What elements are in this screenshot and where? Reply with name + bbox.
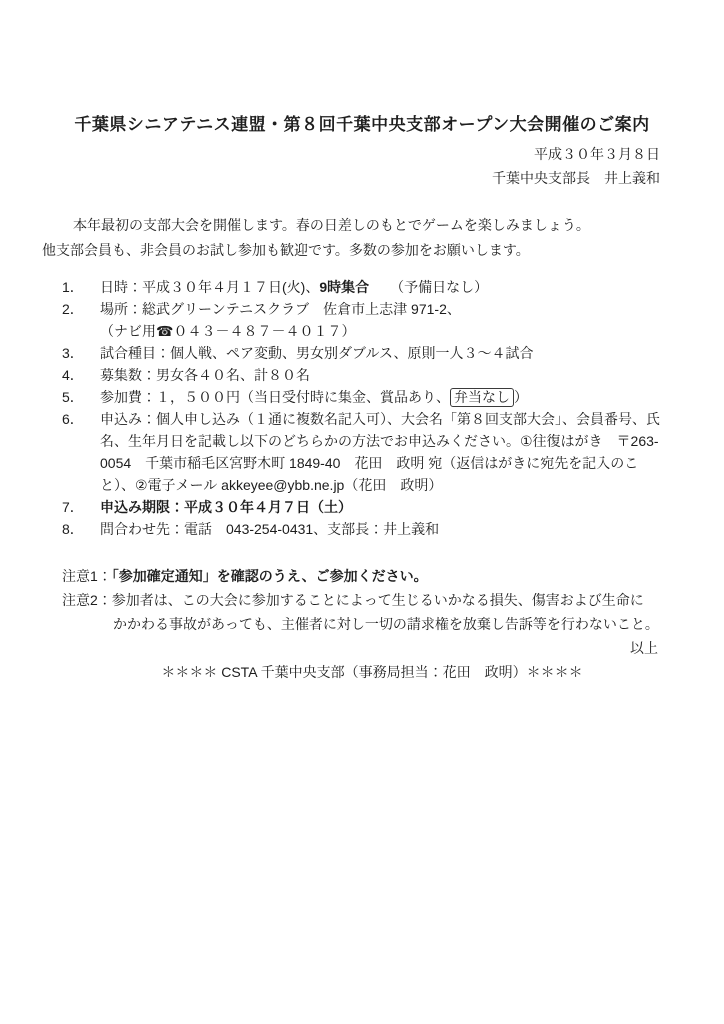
item-number: 8． — [62, 518, 100, 540]
item-text: 場所：総武グリーンテニスクラブ 佐倉市上志津 971-2、 — [100, 301, 461, 317]
footer-line: ＊＊＊＊ CSTA 千葉中央支部（事務局担当：花田 政明）＊＊＊＊ — [62, 660, 682, 684]
item-text: （ナビ用 — [100, 323, 156, 339]
list-item-1-datetime: 1．日時：平成３０年４月１７日(火)、9時集合 （予備日なし） — [62, 276, 702, 298]
note-label: 注意1： — [62, 568, 112, 584]
author-line: 千葉中央支部長 井上義和 — [492, 166, 660, 190]
item-text: 問合わせ先：電話 043-254-0431、支部長：井上義和 — [100, 521, 439, 537]
item-text: 申込み：個人申し込み（１通に複数名記入可）、大会名「第８回支部大会」、会員番号、… — [100, 411, 660, 427]
note-1: 注意1：「参加確定通知」を確認のうえ、ご参加ください。 — [62, 564, 682, 588]
document-title: 千葉県シニアテニス連盟・第８回千葉中央支部オープン大会開催のご案内 — [0, 110, 724, 135]
document-meta: 平成３０年３月８日 千葉中央支部長 井上義和 — [492, 142, 660, 190]
list-item-5-fee: 5．参加費：１，５００円（当日受付時に集金、賞品あり、弁当なし） — [62, 386, 702, 408]
item-text: 募集数：男女各４０名、計８０名 — [100, 367, 310, 383]
intro-line-2: 他支部会員も、非会員のお試し参加も歓迎です。多数の参加をお願いします。 — [42, 238, 682, 263]
item-number: 5． — [62, 386, 100, 408]
list-item-2-navi-phone: （ナビ用☎０４３－４８７－４０１７） — [62, 320, 702, 342]
note-text: 参加者は、この大会に参加することによって生じるいかなる損失、傷害および生命に — [112, 592, 644, 608]
date-line: 平成３０年３月８日 — [492, 142, 660, 166]
intro-paragraph: 本年最初の支部大会を開催します。春の日差しのもとでゲームを楽しみましょう。 他支… — [42, 213, 682, 263]
list-item-6-application: 6．申込み：個人申し込み（１通に複数名記入可）、大会名「第８回支部大会」、会員番… — [62, 408, 702, 430]
note-2-line-2: かかわる事故があっても、主催者に対し一切の請求権を放棄し告訴等を行わないこと。 — [62, 612, 682, 636]
item-number: 6． — [62, 408, 100, 430]
intro-line-1: 本年最初の支部大会を開催します。春の日差しのもとでゲームを楽しみましょう。 — [42, 213, 682, 238]
item-text: （予備日なし） — [369, 279, 488, 295]
note-text-bold: 「参加確定通知」を確認のうえ、ご参加ください。 — [112, 568, 428, 584]
item-text: 試合種目：個人戦、ペア変動、男女別ダブルス、原則一人３～４試合 — [100, 345, 533, 361]
list-item-3-events: 3．試合種目：個人戦、ペア変動、男女別ダブルス、原則一人３～４試合 — [62, 342, 702, 364]
note-2: 注意2：参加者は、この大会に参加することによって生じるいかなる損失、傷害および生… — [62, 588, 682, 612]
document-page: 千葉県シニアテニス連盟・第８回千葉中央支部オープン大会開催のご案内 平成３０年３… — [0, 0, 724, 1024]
item-text-bold: 9時集合 — [319, 279, 369, 295]
list-item-2-location: 2．場所：総武グリーンテニスクラブ 佐倉市上志津 971-2、 — [62, 298, 702, 320]
phone-icon: ☎ — [156, 323, 173, 339]
item-number: 2． — [62, 298, 100, 320]
list-item-4-capacity: 4．募集数：男女各４０名、計８０名 — [62, 364, 702, 386]
item-number: 1． — [62, 276, 100, 298]
item-text: ） — [514, 389, 528, 405]
list-item-7-deadline: 7．申込み期限：平成３０年４月７日（土） — [62, 496, 702, 518]
list-item-6-line-3: 0054 千葉市稲毛区宮野木町 1849-40 花田 政明 宛（返信はがきに宛先… — [62, 452, 702, 474]
item-text: 参加費：１，５００円（当日受付時に集金、賞品あり、 — [100, 389, 450, 405]
item-text: 日時：平成３０年４月１７日(火)、 — [100, 279, 319, 295]
note-label: 注意2： — [62, 592, 112, 608]
notes-section: 注意1：「参加確定通知」を確認のうえ、ご参加ください。 注意2：参加者は、この大… — [62, 564, 682, 684]
list-item-8-contact: 8．問合わせ先：電話 043-254-0431、支部長：井上義和 — [62, 518, 702, 540]
no-bento-box: 弁当なし — [450, 388, 514, 407]
item-number: 4． — [62, 364, 100, 386]
item-number: 3． — [62, 342, 100, 364]
list-item-6-line-2: 名、生年月日を記載し以下のどちらかの方法でお申込みください。①往復はがき 〒26… — [62, 430, 702, 452]
closing-ijou: 以上 — [62, 636, 682, 660]
numbered-list: 1．日時：平成３０年４月１７日(火)、9時集合 （予備日なし） 2．場所：総武グ… — [62, 276, 702, 540]
item-text-bold: 申込み期限：平成３０年４月７日（土） — [100, 499, 352, 515]
item-text: ０４３－４８７－４０１７） — [173, 323, 355, 339]
item-number: 7． — [62, 496, 100, 518]
list-item-6-line-4: と）、②電子メール akkeyee@ybb.ne.jp（花田 政明） — [62, 474, 702, 496]
